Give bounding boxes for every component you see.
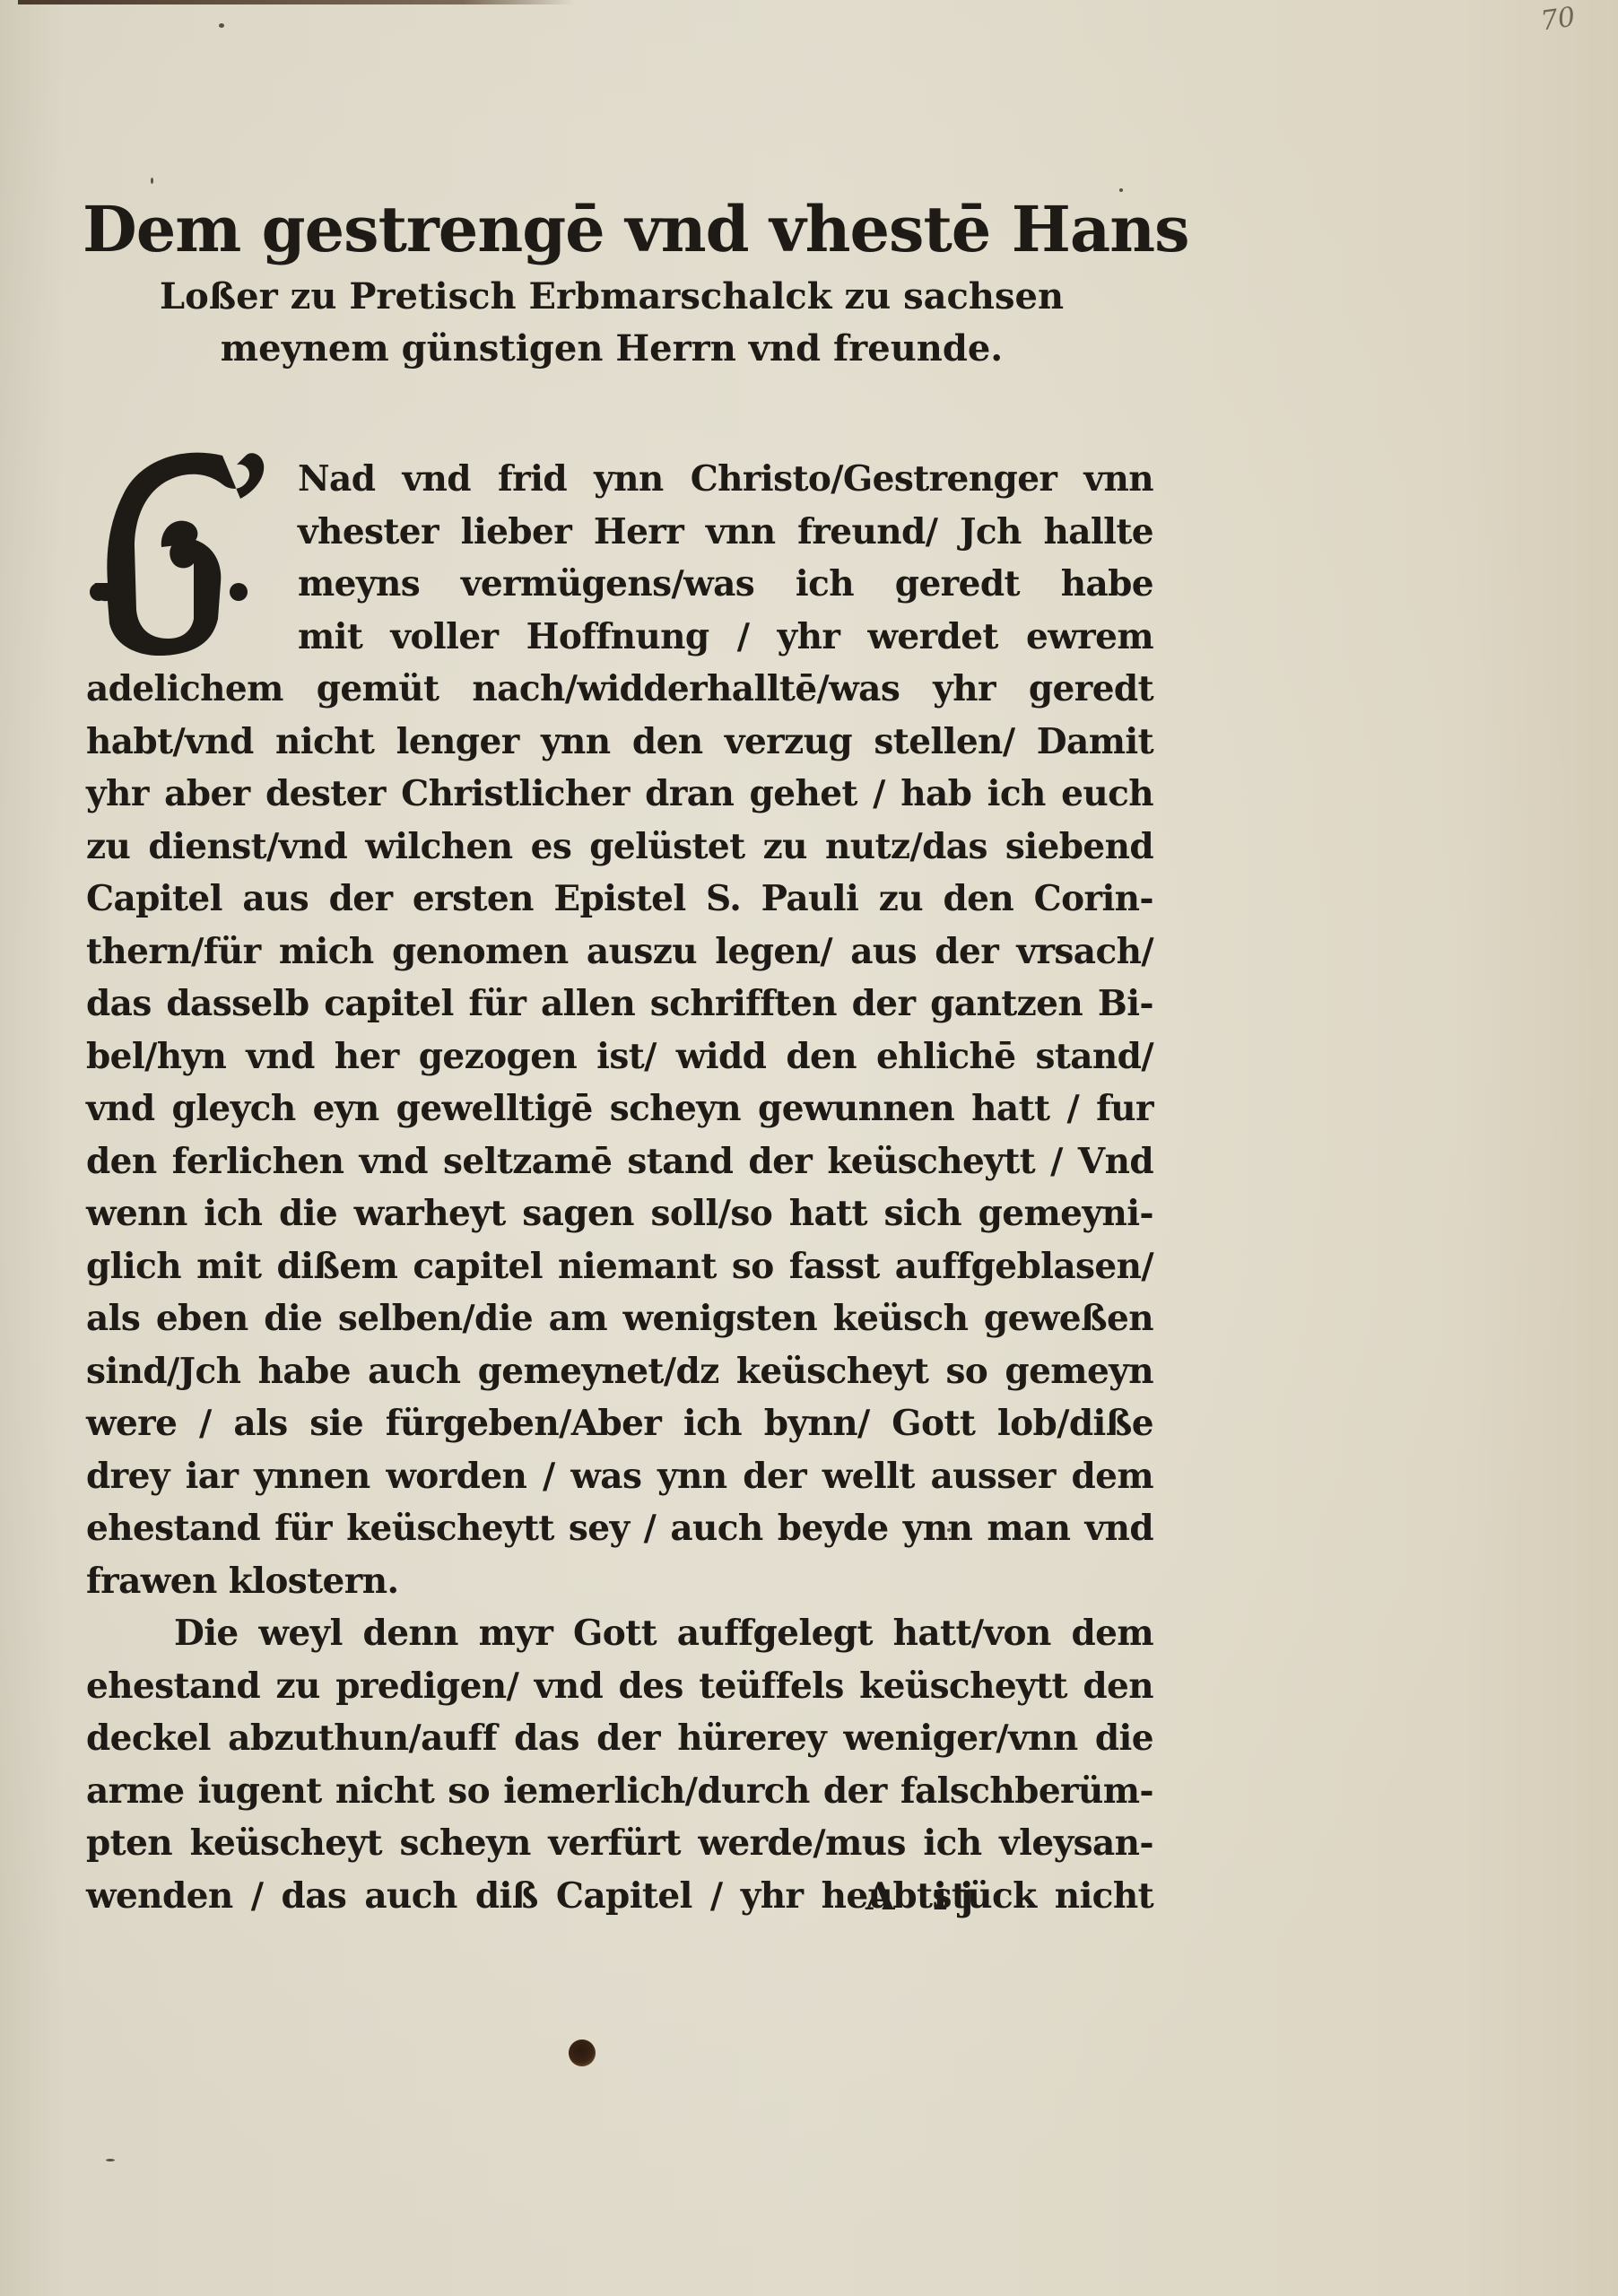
binding-hole (569, 2039, 596, 2066)
scanned-page: 70 Dem gestrengē vnd vhestē Hans Loßer z… (0, 0, 1618, 2296)
heading-line-1: Dem gestrengē vnd vhestē Hans (83, 188, 1141, 271)
heading-line-3: meynem günstigen Herrn vnd freunde. (83, 323, 1141, 375)
body-text: Nad vnd frid ynn Christo/Gestrenger vnn … (86, 453, 1153, 1922)
heading-line-2: Loßer zu Pretisch Erbmarschalck zu sachs… (83, 271, 1141, 323)
dedication-heading: Dem gestrengē vnd vhestē Hans Loßer zu P… (83, 188, 1141, 375)
body-line: drey iar ynnen worden / was ynn der well… (86, 1450, 1153, 1503)
folio-number: 70 (1539, 2, 1578, 38)
body-line: thern/für mich genomen auszu legen/ aus … (86, 926, 1153, 978)
body-line: habt/vnd nicht lenger ynn den verzug ste… (86, 716, 1153, 769)
page-edge-shadow (18, 0, 574, 4)
signature-mark: A ij (866, 1874, 986, 1918)
paper-speck (106, 2159, 115, 2161)
body-line: glich mit dißem capitel niemant so fasst… (86, 1240, 1153, 1293)
body-line: das dasselb capitel für allen schrifften… (86, 978, 1153, 1031)
body-line: wenn ich die warheyt sagen soll/so hatt … (86, 1187, 1153, 1240)
body-line: arme iugent nicht so iemerlich/durch der… (86, 1765, 1153, 1818)
body-line: vhester lieber Herr vnn freund/ Jch hall… (298, 506, 1153, 559)
body-line: deckel abzuthun/auff das der hürerey wen… (86, 1712, 1153, 1765)
body-line: sind/Jch habe auch gemeynet/dz keüscheyt… (86, 1345, 1153, 1398)
body-line: mit voller Hoffnung / yhr werdet ewrem (298, 611, 1153, 664)
body-line: Nad vnd frid ynn Christo/Gestrenger vnn (298, 453, 1153, 506)
body-line: den ferlichen vnd seltzamē stand der keü… (86, 1135, 1153, 1188)
body-line: yhr aber dester Christlicher dran gehet … (86, 768, 1153, 821)
body-line: vnd gleych eyn gewelltigē scheyn gewunne… (86, 1083, 1153, 1135)
body-line: pten keüscheyt scheyn verfürt werde/mus … (86, 1817, 1153, 1870)
body-line: Capitel aus der ersten Epistel S. Pauli … (86, 873, 1153, 926)
body-line: bel/hyn vnd her gezogen ist/ widd den eh… (86, 1031, 1153, 1083)
body-line: zu dienst/vnd wilchen es gelüstet zu nut… (86, 821, 1153, 874)
body-line: were / als sie fürgeben/Aber ich bynn/ G… (86, 1397, 1153, 1450)
body-line: wenden / das auch diß Capitel / yhr heub… (86, 1870, 1153, 1923)
body-line: meyns vermügens/was ich geredt habe (298, 558, 1153, 611)
paper-speck (151, 178, 153, 184)
paper-speck (219, 23, 224, 28)
body-line: frawen klostern. (86, 1555, 1153, 1608)
body-line: als eben die selben/die am wenigsten keü… (86, 1292, 1153, 1345)
body-line: ehestand zu predigen/ vnd des teüffels k… (86, 1660, 1153, 1713)
body-line: ehestand für keüscheytt sey / auch beyde… (86, 1502, 1153, 1555)
body-line: Die weyl denn myr Gott auffgelegt hatt/v… (86, 1607, 1153, 1660)
body-line: adelichem gemüt nach/widderhalltē/was yh… (86, 663, 1153, 716)
